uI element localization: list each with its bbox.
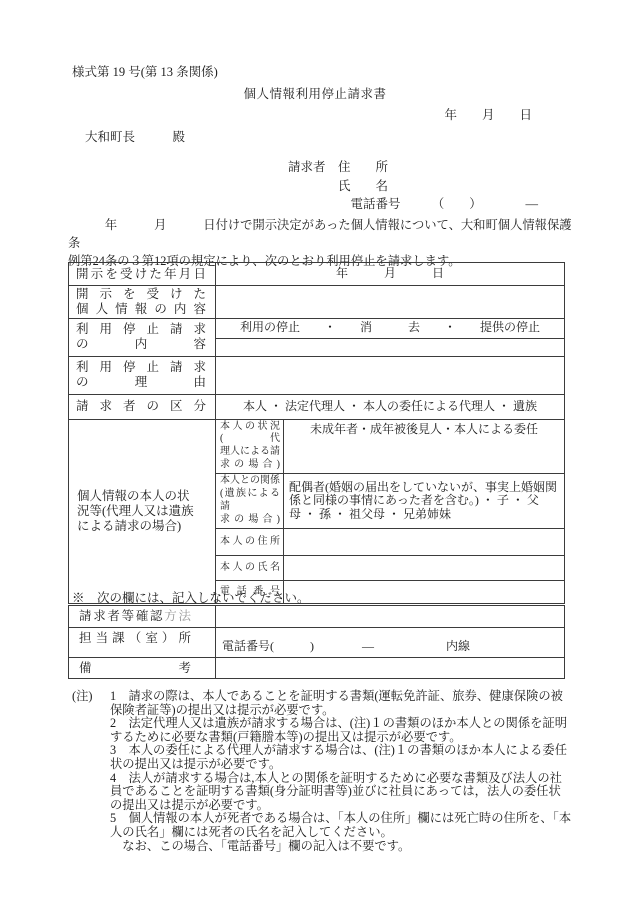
relation-label: 本人との関係 (遺族による請 求の場合)	[216, 474, 284, 529]
note-item-4: 4 法人が請求する場合は,本人との関係を証明するために必要な書類及び法人の社 員…	[110, 772, 574, 813]
table-row: 請求者の区分 本人 ・ 法定代理人 ・ 本人の委任による代理人 ・ 遺族	[69, 394, 565, 419]
stop-content-value	[216, 338, 565, 356]
principal-address-value	[284, 529, 565, 556]
stop-reason-value	[216, 356, 565, 394]
note-item-3: 3 本人の委任による代理人が請求する場合は、(注)１の書類のほか本人による委任 …	[110, 744, 574, 771]
stop-content-label: 利用停止請求 の内容	[69, 318, 216, 356]
remarks-value	[216, 658, 565, 679]
note-item-2: 2 法定代理人又は遺族が請求する場合は、(注)１の書類のほか本人との関係を証明 …	[110, 717, 574, 744]
principal-name-value	[284, 556, 565, 581]
page-title: 個人情報利用停止請求書	[0, 84, 630, 102]
confirmation-method-label: 請求者等確認方法	[69, 606, 216, 628]
request-detail-table: 開示を受けた年月日 年 月 日 開示を受けた 個人情報の内容 利用停止請求 の内…	[68, 262, 565, 604]
table-row: 利用停止請求 の理由	[69, 356, 565, 394]
remarks-label: 備考	[69, 658, 216, 679]
disclosed-info-value	[216, 286, 565, 319]
principal-situation-value: 未成年者・成年被後見人・本人による委任	[284, 419, 565, 474]
disclosure-date-value: 年 月 日	[216, 263, 565, 286]
note-item-1: 1 請求の際は、本人であることを証明する書類(運転免許証、旅券、健康保険の被 保…	[110, 690, 574, 717]
notes-list: 1 請求の際は、本人であることを証明する書類(運転免許証、旅券、健康保険の被 保…	[110, 690, 574, 853]
confirmation-method-label-main: 請求者等確認	[79, 609, 164, 623]
notes-prefix: (注)	[72, 690, 110, 853]
principal-status-label: 個人情報の本人の状 況等(代理人又は遺族 による請求の場合)	[69, 419, 216, 604]
requester-category-label: 請求者の区分	[69, 394, 216, 419]
confirmation-method-value	[216, 606, 565, 628]
confirmation-method-label-sub: 方法	[164, 609, 191, 623]
office-use-table: 請求者等確認方法 担当課（室）所 電話番号( ) ― 内線 備考	[68, 605, 565, 679]
disclosed-info-label: 開示を受けた 個人情報の内容	[69, 286, 216, 319]
requester-block: 請求者 住 所 氏 名 電話番号 （ ） ―	[288, 158, 538, 214]
principal-address-label: 本人の住所	[216, 529, 284, 556]
department-label: 担当課（室）所	[69, 628, 216, 658]
date-line: 年 月 日	[444, 105, 532, 123]
disclosure-date-label: 開示を受けた年月日	[69, 263, 216, 286]
department-phone-line: 電話番号( ) ― 内線	[216, 628, 565, 658]
note-item-5: 5 個人情報の本人が死者である場合は、「本人の住所」欄には死亡時の住所を、「本 …	[110, 812, 574, 853]
table-row: 開示を受けた 個人情報の内容	[69, 286, 565, 319]
table-row: 個人情報の本人の状 況等(代理人又は遺族 による請求の場合) 本人の状況(代 理…	[69, 419, 565, 474]
principal-phone-value	[284, 581, 565, 604]
principal-situation-label: 本人の状況(代 理人による請 求の場合)	[216, 419, 284, 474]
table-row: 開示を受けた年月日 年 月 日	[69, 263, 565, 286]
table-row: 請求者等確認方法	[69, 606, 565, 628]
relation-value: 配偶者(婚姻の届出をしていないが、事実上婚姻関 係と同様の事情にあった者を含む。…	[284, 474, 565, 529]
stop-reason-label: 利用停止請求 の理由	[69, 356, 216, 394]
form-number: 様式第 19 号(第 13 条関係)	[72, 62, 218, 80]
principal-name-label: 本人の氏名	[216, 556, 284, 581]
table-row: 担当課（室）所 電話番号( ) ― 内線	[69, 628, 565, 658]
stop-content-options: 利用の停止 ・ 消 去 ・ 提供の停止	[216, 318, 565, 338]
requester-category-value: 本人 ・ 法定代理人 ・ 本人の委任による代理人 ・ 遺族	[216, 394, 565, 419]
table-row: 利用停止請求 の内容 利用の停止 ・ 消 去 ・ 提供の停止	[69, 318, 565, 338]
table-row: 備考	[69, 658, 565, 679]
document-page: 様式第 19 号(第 13 条関係) 個人情報利用停止請求書 年 月 日 大和町…	[0, 0, 630, 915]
notes-section: (注) 1 請求の際は、本人であることを証明する書類(運転免許証、旅券、健康保険…	[72, 690, 574, 853]
caution-note: ※ 次の欄には、記入しないでください。	[72, 588, 310, 606]
addressee-line: 大和町長 殿	[85, 127, 185, 145]
